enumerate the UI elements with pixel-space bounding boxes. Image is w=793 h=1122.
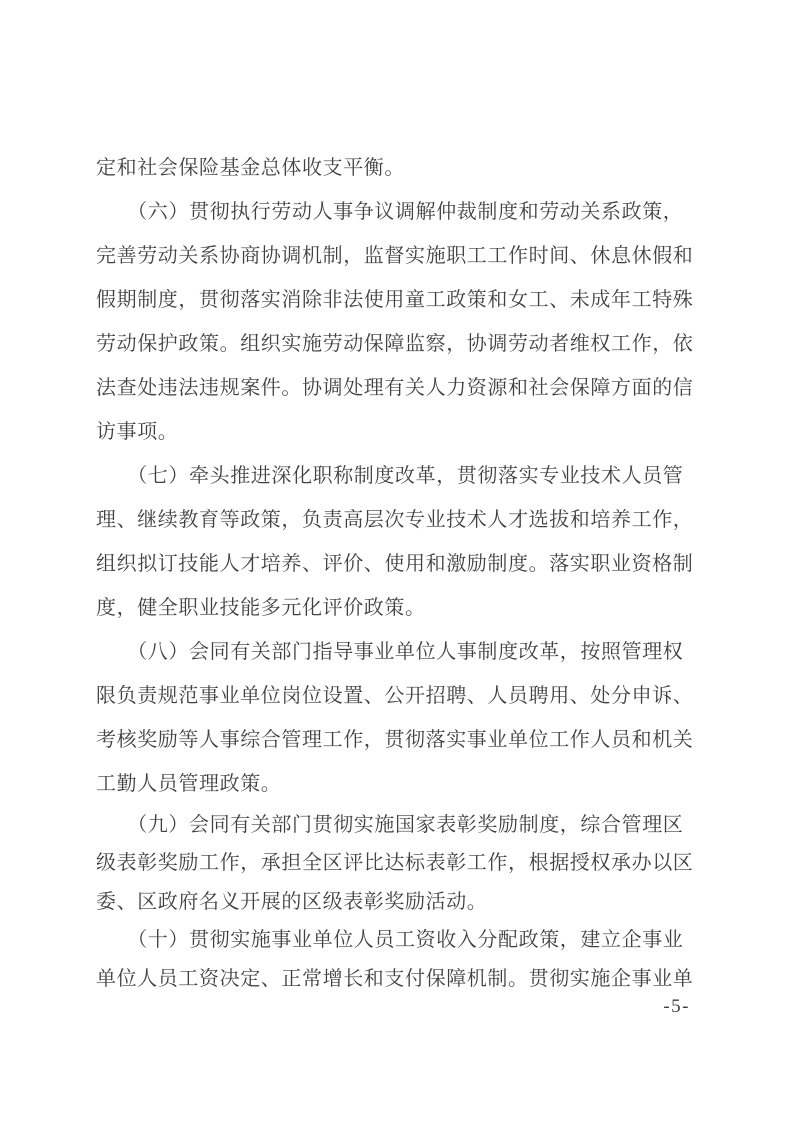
text-line: （八）会同有关部门指导事业单位人事制度改革，按照管理权 xyxy=(96,630,694,674)
paragraph: 定和社会保险基金总体收支平衡。 xyxy=(96,146,694,190)
text-line: （七）牵头推进深化职称制度改革，贯彻落实专业技术人员管 xyxy=(96,454,694,498)
text-line: 法查处违法违规案件。协调处理有关人力资源和社会保障方面的信 xyxy=(96,366,694,410)
paragraph: （八）会同有关部门指导事业单位人事制度改革，按照管理权限负责规范事业单位岗位设置… xyxy=(96,630,694,806)
text-line: （十）贯彻实施事业单位人员工资收入分配政策，建立企事业 xyxy=(96,921,694,959)
paragraph: （十）贯彻实施事业单位人员工资收入分配政策，建立企事业单位人员工资决定、正常增长… xyxy=(96,921,694,998)
text-line: 委、区政府名义开展的区级表彰奖励活动。 xyxy=(96,883,694,921)
text-line: 限负责规范事业单位岗位设置、公开招聘、人员聘用、处分申诉、 xyxy=(96,674,694,718)
text-line: 度，健全职业技能多元化评价政策。 xyxy=(96,586,694,630)
text-line: 工勤人员管理政策。 xyxy=(96,762,694,806)
text-line: 级表彰奖励工作，承担全区评比达标表彰工作，根据授权承办以区 xyxy=(96,844,694,882)
text-line: 完善劳动关系协商协调机制，监督实施职工工作时间、休息休假和 xyxy=(96,234,694,278)
text-line: 理、继续教育等政策，负责高层次专业技术人才选拔和培养工作， xyxy=(96,498,694,542)
text-line: 单位人员工资决定、正常增长和支付保障机制。贯彻实施企事业单 xyxy=(96,960,694,998)
text-line: 访事项。 xyxy=(96,410,694,454)
page-number: -5- xyxy=(663,996,690,1018)
paragraph: （九）会同有关部门贯彻实施国家表彰奖励制度，综合管理区级表彰奖励工作，承担全区评… xyxy=(96,806,694,921)
paragraph: （七）牵头推进深化职称制度改革，贯彻落实专业技术人员管理、继续教育等政策，负责高… xyxy=(96,454,694,630)
text-line: （九）会同有关部门贯彻实施国家表彰奖励制度，综合管理区 xyxy=(96,806,694,844)
text-line: 组织拟订技能人才培养、评价、使用和激励制度。落实职业资格制 xyxy=(96,542,694,586)
text-line: 劳动保护政策。组织实施劳动保障监察，协调劳动者维权工作，依 xyxy=(96,322,694,366)
document-body: 定和社会保险基金总体收支平衡。 （六）贯彻执行劳动人事争议调解仲裁制度和劳动关系… xyxy=(96,146,694,998)
text-line: （六）贯彻执行劳动人事争议调解仲裁制度和劳动关系政策， xyxy=(96,190,694,234)
text-line: 定和社会保险基金总体收支平衡。 xyxy=(96,146,694,190)
paragraph: （六）贯彻执行劳动人事争议调解仲裁制度和劳动关系政策，完善劳动关系协商协调机制，… xyxy=(96,190,694,454)
document-page: 定和社会保险基金总体收支平衡。 （六）贯彻执行劳动人事争议调解仲裁制度和劳动关系… xyxy=(0,0,793,1122)
text-line: 考核奖励等人事综合管理工作，贯彻落实事业单位工作人员和机关 xyxy=(96,718,694,762)
text-line: 假期制度，贯彻落实消除非法使用童工政策和女工、未成年工特殊 xyxy=(96,278,694,322)
